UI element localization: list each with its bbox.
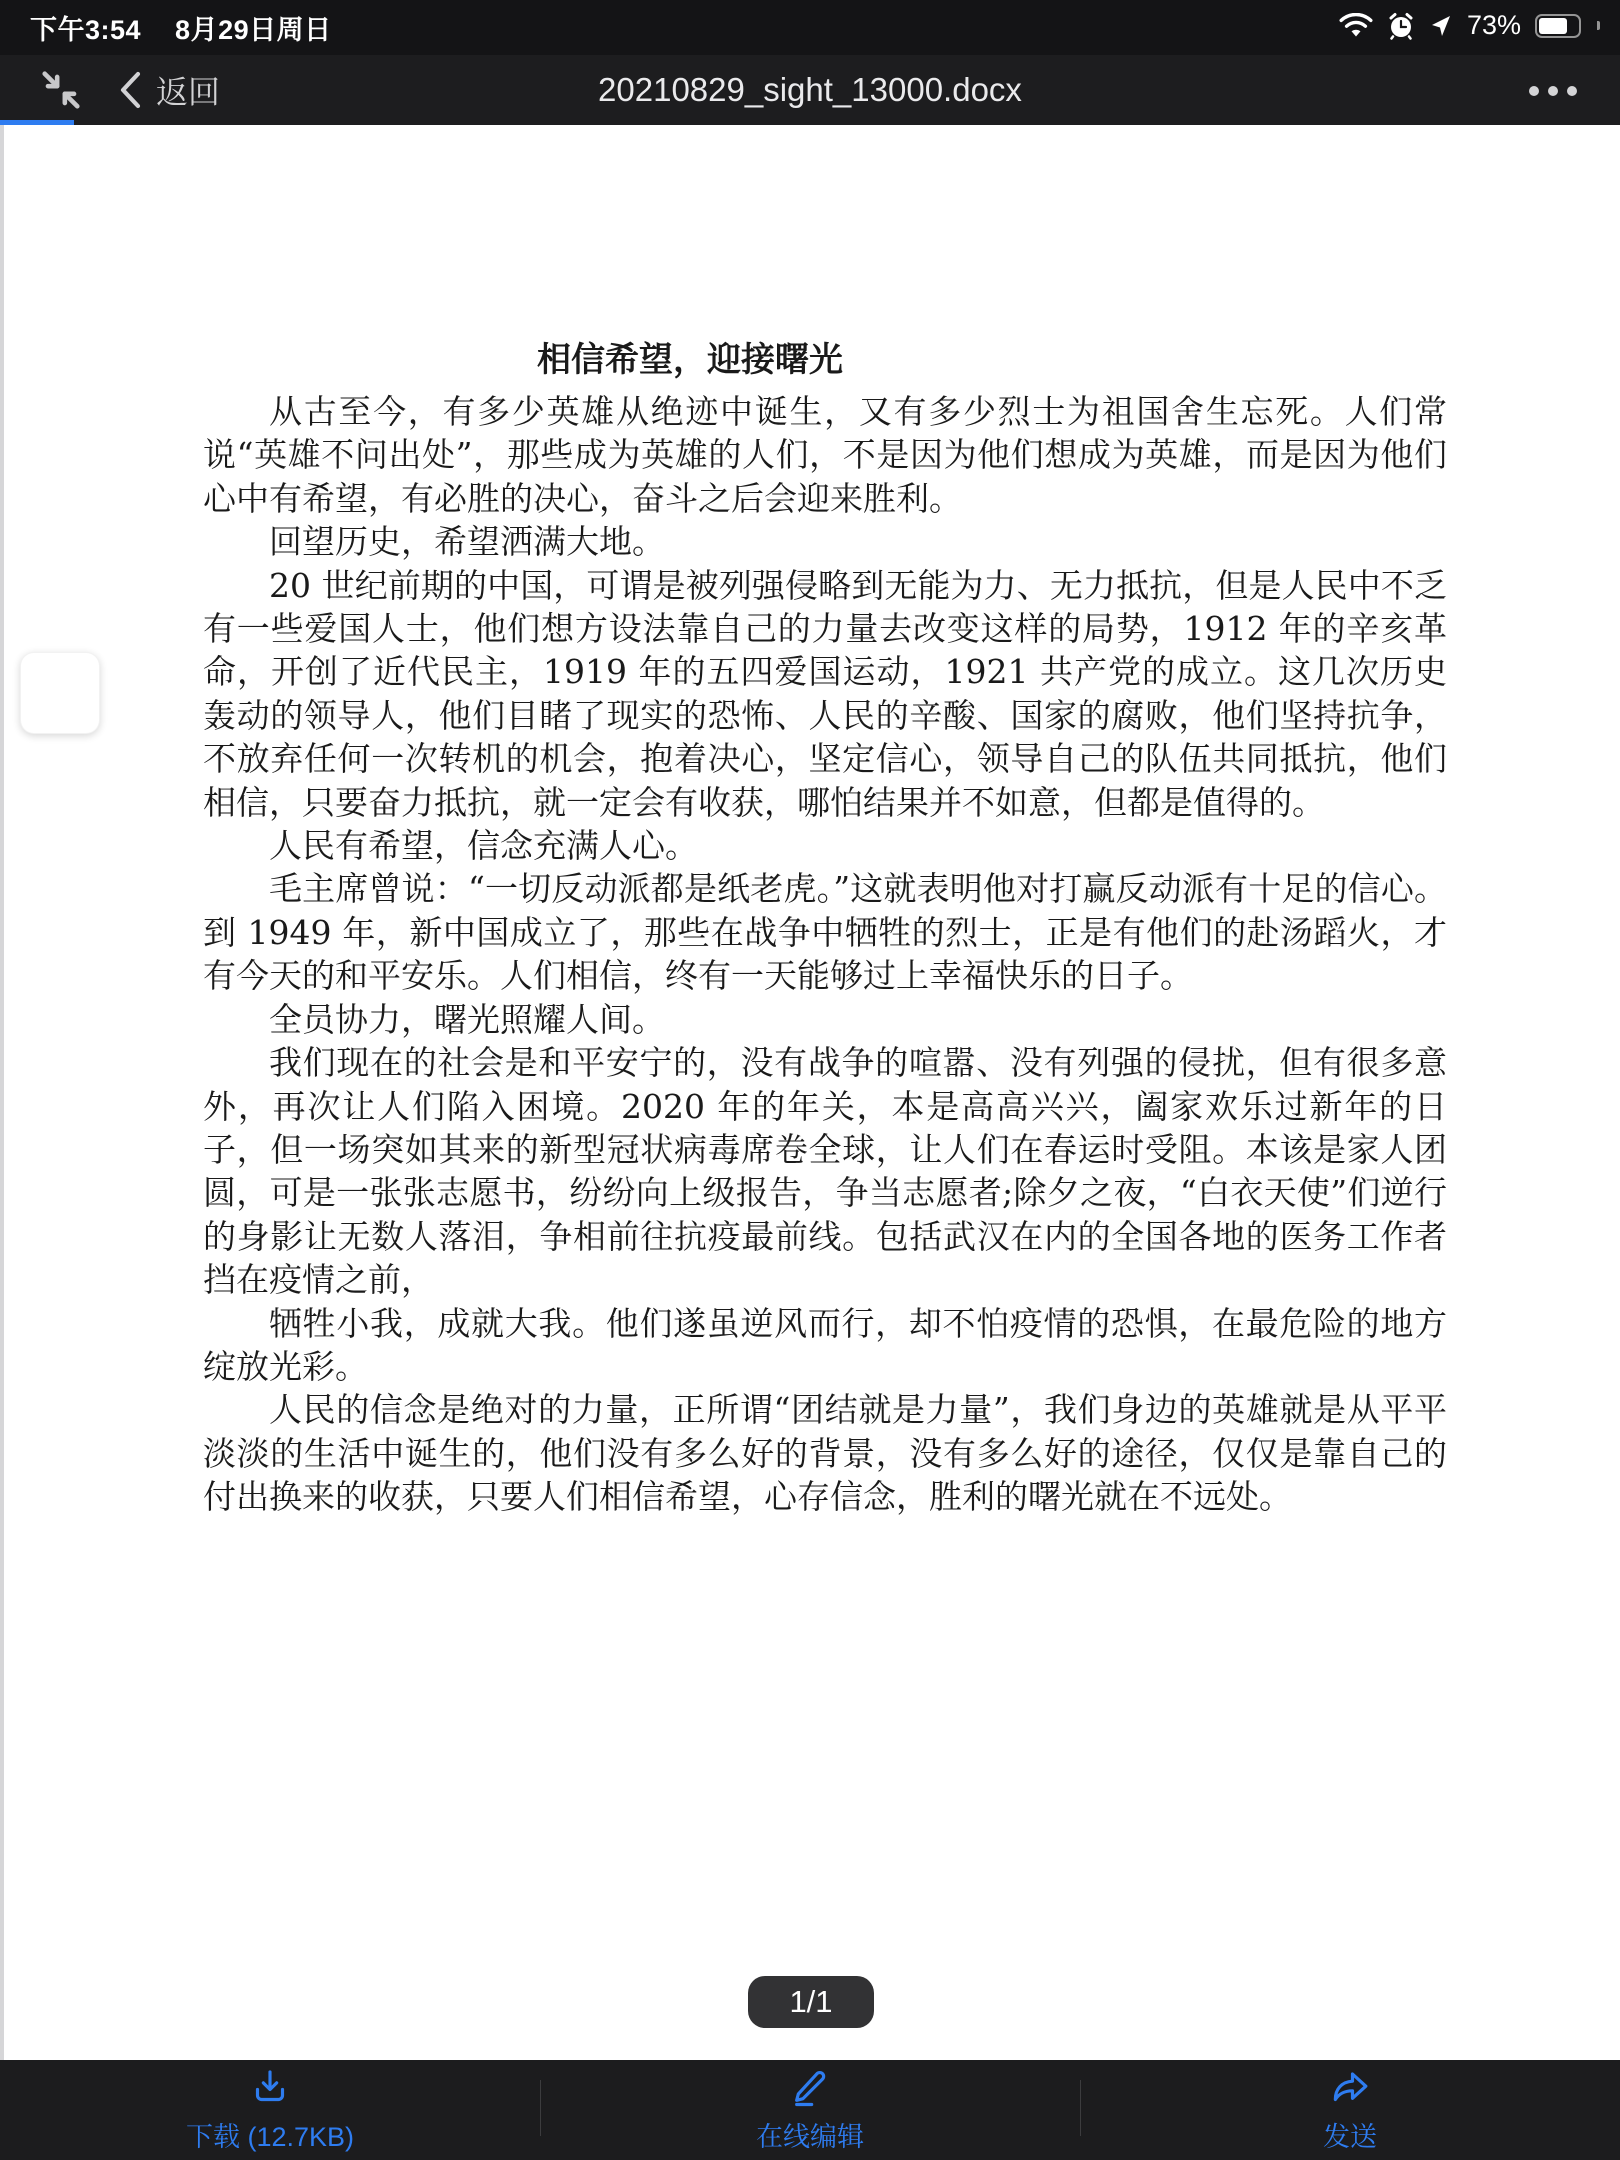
paragraph: 我们现在的社会是和平安宁的，没有战争的喧嚣、没有列强的侵扰，但有很多意外，再次让…	[203, 1041, 1447, 1301]
send-icon	[1330, 2067, 1370, 2107]
send-label: 发送	[1323, 2115, 1377, 2154]
back-label: 返回	[156, 67, 220, 113]
battery-percent: 73%	[1467, 10, 1521, 41]
document-body: 从古至今，有多少英雄从绝迹中诞生，又有多少烈士为祖国舍生忘死。人们常说“英雄不问…	[203, 390, 1447, 1519]
online-edit-button[interactable]: 在线编辑	[540, 2060, 1080, 2160]
edit-pencil-icon	[790, 2067, 830, 2107]
paragraph: 从古至今，有多少英雄从绝迹中诞生，又有多少烈士为祖国舍生忘死。人们常说“英雄不问…	[203, 390, 1447, 520]
document-heading: 相信希望，迎接曙光	[203, 338, 1447, 382]
document-title-bar: 20210829_sight_13000.docx	[0, 55, 1620, 125]
battery-icon	[1535, 14, 1581, 38]
send-button[interactable]: 发送	[1080, 2060, 1620, 2160]
bottom-toolbar: 下载 (12.7KB) 在线编辑 发送	[0, 2060, 1620, 2160]
online-edit-label: 在线编辑	[756, 2115, 864, 2154]
document-content: 相信希望，迎接曙光 从古至今，有多少英雄从绝迹中诞生，又有多少烈士为祖国舍生忘死…	[203, 338, 1447, 1519]
alarm-icon	[1387, 12, 1415, 40]
chevron-left-icon	[118, 71, 142, 109]
paragraph: 人民的信念是绝对的力量，正所谓“团结就是力量”，我们身边的英雄就是从平平淡淡的生…	[203, 1388, 1447, 1518]
status-time: 下午3:54	[30, 8, 141, 47]
download-label: 下载 (12.7KB)	[186, 2115, 354, 2154]
paragraph: 牺牲小我，成就大我。他们遂虽逆风而行，却不怕疫情的恐惧，在最危险的地方绽放光彩。	[203, 1302, 1447, 1389]
paragraph: 毛主席曾说：“一切反动派都是纸老虎。”这就表明他对打赢反动派有十足的信心。到 1…	[203, 867, 1447, 997]
paragraph: 全员协力，曙光照耀人间。	[203, 998, 1447, 1041]
page-edge	[0, 125, 4, 2060]
status-bar: 下午3:54 8月29日周日 73%	[0, 0, 1620, 55]
page-indicator: 1/1	[748, 1976, 874, 2028]
side-float-handle[interactable]	[20, 652, 100, 734]
paragraph: 20 世纪前期的中国，可谓是被列强侵略到无能为力、无力抵抗，但是人民中不乏有一些…	[203, 564, 1447, 824]
wifi-icon	[1339, 13, 1373, 39]
download-icon	[250, 2067, 290, 2107]
status-date: 8月29日周日	[175, 8, 332, 47]
paragraph: 回望历史，希望洒满大地。	[203, 520, 1447, 563]
ellipsis-icon	[1529, 86, 1577, 96]
document-page[interactable]: 相信希望，迎接曙光 从古至今，有多少英雄从绝迹中诞生，又有多少烈士为祖国舍生忘死…	[0, 125, 1620, 2060]
paragraph: 人民有希望，信念充满人心。	[203, 824, 1447, 867]
back-button[interactable]: 返回	[118, 67, 220, 113]
download-button[interactable]: 下载 (12.7KB)	[0, 2060, 540, 2160]
location-icon	[1429, 13, 1453, 39]
nav-bar: 返回 20210829_sight_13000.docx	[0, 55, 1620, 125]
collapse-button[interactable]	[36, 67, 86, 113]
more-button[interactable]	[1518, 73, 1588, 109]
collapse-icon	[38, 67, 84, 113]
